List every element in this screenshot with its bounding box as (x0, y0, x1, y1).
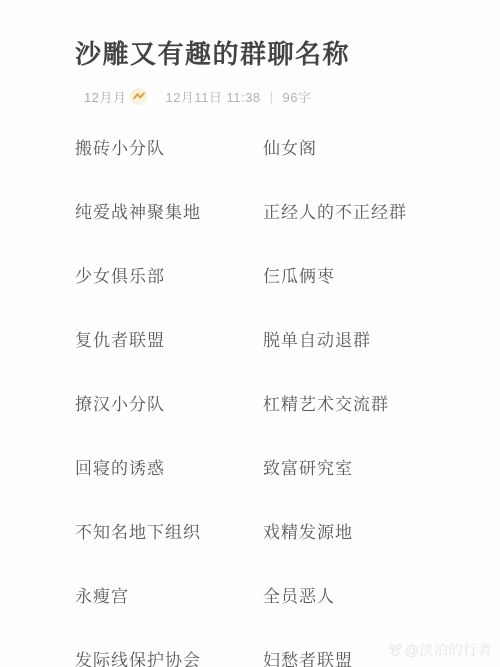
group-name-right: 仨瓜俩枣 (263, 268, 460, 286)
note-datetime: 12月11日 11:38 (165, 87, 260, 106)
group-name-row: 回寝的诱惑致富研究室 (75, 460, 460, 478)
group-name-row: 永瘦宫全员恶人 (75, 588, 460, 606)
group-name-right: 致富研究室 (263, 460, 460, 478)
watermark: @淡泊的行者 (388, 640, 492, 660)
group-name-right: 戏精发源地 (263, 524, 460, 542)
group-name-left: 撩汉小分队 (75, 396, 263, 414)
group-name-left: 搬砖小分队 (75, 140, 263, 158)
group-name-list: 搬砖小分队仙女阁纯爱战神聚集地正经人的不正经群少女俱乐部仨瓜俩枣复仇者联盟脱单自… (75, 140, 460, 667)
group-name-left: 回寝的诱惑 (75, 460, 263, 478)
zigzag-icon (133, 91, 145, 101)
group-name-left: 纯爱战神聚集地 (75, 204, 263, 222)
note-page: 沙雕又有趣的群聊名称 12月月 12月11日 11:38 | 96字 搬砖小分队… (0, 0, 500, 667)
group-name-row: 搬砖小分队仙女阁 (75, 140, 460, 158)
watermark-handle: @淡泊的行者 (405, 640, 492, 660)
group-name-row: 不知名地下组织戏精发源地 (75, 524, 460, 542)
word-count: 96字 (283, 87, 312, 106)
group-name-row: 复仇者联盟脱单自动退群 (75, 332, 460, 350)
note-meta: 12月月 12月11日 11:38 | 96字 (84, 87, 460, 106)
group-name-row: 纯爱战神聚集地正经人的不正经群 (75, 204, 460, 222)
group-name-left: 复仇者联盟 (75, 332, 263, 350)
group-name-right: 杠精艺术交流群 (263, 396, 460, 414)
author-badge (130, 88, 147, 105)
page-title: 沙雕又有趣的群聊名称 (75, 39, 460, 69)
group-name-right: 正经人的不正经群 (263, 204, 460, 222)
group-name-row: 少女俱乐部仨瓜俩枣 (75, 268, 460, 286)
group-name-left: 不知名地下组织 (75, 524, 263, 542)
author-name: 12月月 (84, 87, 126, 106)
meta-separator: | (270, 89, 274, 104)
group-name-row: 撩汉小分队杠精艺术交流群 (75, 396, 460, 414)
paw-icon (388, 643, 403, 657)
group-name-left: 少女俱乐部 (75, 268, 263, 286)
group-name-right: 仙女阁 (263, 140, 460, 158)
group-name-left: 发际线保护协会 (75, 652, 263, 667)
group-name-right: 全员恶人 (263, 588, 460, 606)
group-name-left: 永瘦宫 (75, 588, 263, 606)
group-name-right: 脱单自动退群 (263, 332, 460, 350)
